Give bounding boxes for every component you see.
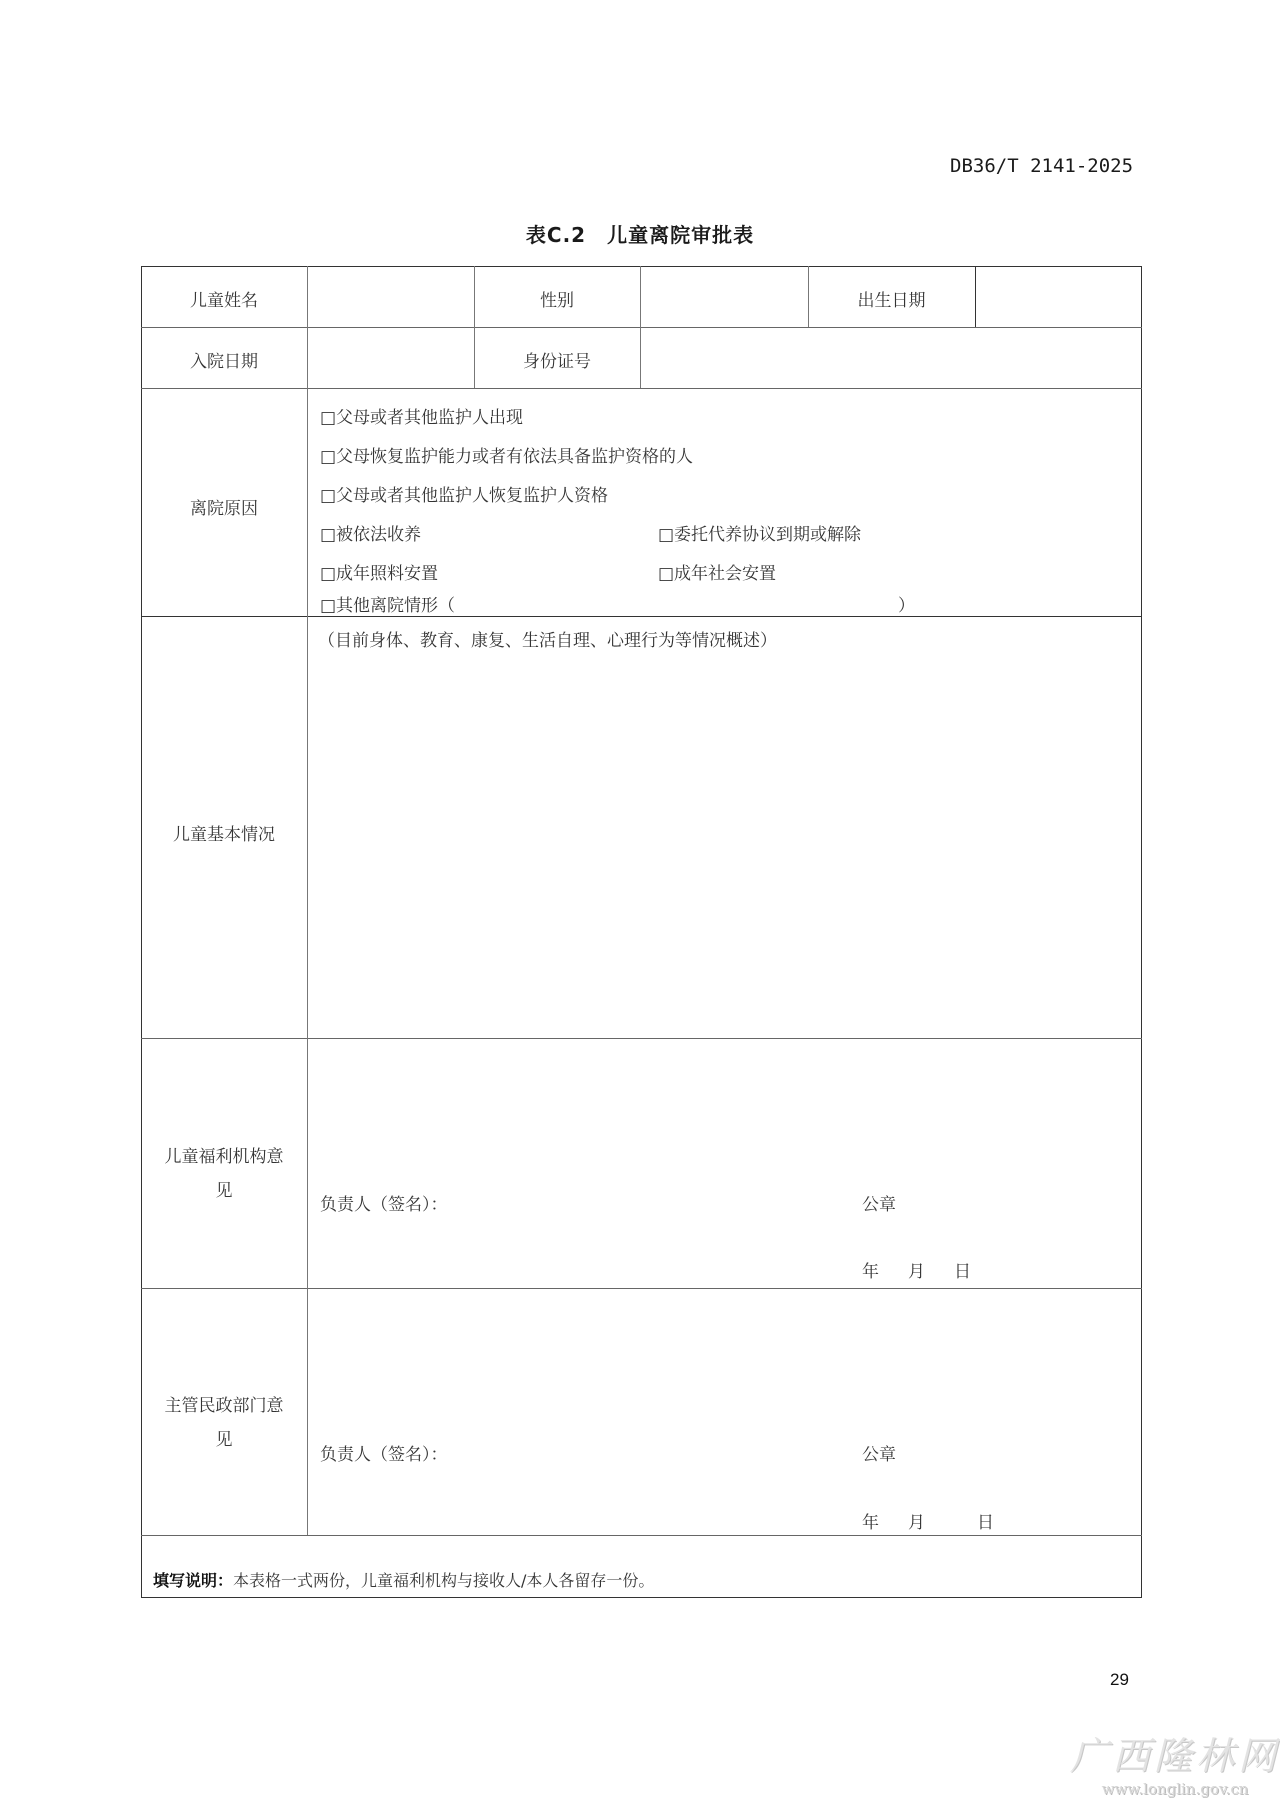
birth-date-label: 出生日期 <box>808 286 975 311</box>
reason-option-guardian-appears[interactable]: □父母或者其他监护人出现 <box>320 403 523 428</box>
welfare-opinion-label: 儿童福利机构意 见 <box>141 1140 307 1208</box>
row-divider <box>141 1535 1142 1536</box>
basic-info-hint: （目前身体、教育、康复、生活自理、心理行为等情况概述） <box>318 626 777 651</box>
welfare-date-label: 年 月 日 <box>862 1257 977 1282</box>
id-number-label: 身份证号 <box>474 347 640 372</box>
watermark-site-name: 广西隆林网 <box>1070 1725 1280 1780</box>
row-divider <box>141 1288 1142 1289</box>
page-number: 29 <box>1110 1670 1129 1690</box>
id-number-field[interactable] <box>641 328 1141 388</box>
watermark: 广西隆林网 www.longlin.gov.cn <box>1070 1725 1280 1798</box>
reason-option-adult-care-placement[interactable]: □成年照料安置 <box>320 559 438 584</box>
civil-affairs-opinion-field[interactable] <box>308 1290 1141 1440</box>
admission-date-field[interactable] <box>308 328 474 388</box>
reason-other-close-paren: ） <box>898 591 915 616</box>
gender-label: 性别 <box>474 286 640 311</box>
fill-instructions: 填写说明：本表格一式两份，儿童福利机构与接收人/本人各留存一份。 <box>153 1568 654 1591</box>
welfare-seal-label: 公章 <box>862 1190 896 1215</box>
child-name-field[interactable] <box>308 267 474 327</box>
civil-affairs-signer-label: 负责人（签名）： <box>320 1440 448 1465</box>
welfare-signer-label: 负责人（签名）： <box>320 1190 448 1215</box>
basic-info-field[interactable] <box>308 650 1141 1036</box>
civil-affairs-opinion-label-line1: 主管民政部门意 <box>141 1389 307 1423</box>
basic-info-label: 儿童基本情况 <box>141 820 307 845</box>
admission-date-label: 入院日期 <box>141 347 307 372</box>
table-title: 表C.2 儿童离院审批表 <box>0 219 1280 248</box>
welfare-opinion-label-line1: 儿童福利机构意 <box>141 1140 307 1174</box>
row-divider <box>141 1038 1142 1039</box>
civil-affairs-opinion-label: 主管民政部门意 见 <box>141 1389 307 1457</box>
welfare-opinion-label-line2: 见 <box>141 1174 307 1208</box>
reason-option-adult-social-placement[interactable]: □成年社会安置 <box>658 559 776 584</box>
child-name-label: 儿童姓名 <box>141 286 307 311</box>
reason-option-parents-restored-capacity[interactable]: □父母恢复监护能力或者有依法具备监护资格的人 <box>320 442 693 467</box>
reason-option-foster-agreement-ended[interactable]: □委托代养协议到期或解除 <box>658 520 861 545</box>
document-code: DB36/T 2141-2025 <box>950 155 1133 177</box>
reason-option-adopted[interactable]: □被依法收养 <box>320 520 421 545</box>
row-divider <box>141 388 1142 389</box>
reason-option-guardian-qualification-restored[interactable]: □父母或者其他监护人恢复监护人资格 <box>320 481 608 506</box>
civil-affairs-opinion-label-line2: 见 <box>141 1423 307 1457</box>
fill-instructions-title: 填写说明： <box>153 1571 233 1590</box>
welfare-opinion-field[interactable] <box>308 1040 1141 1190</box>
gender-field[interactable] <box>641 267 808 327</box>
civil-affairs-date-label: 年 月 日 <box>862 1508 1000 1533</box>
watermark-url: www.longlin.gov.cn <box>1070 1780 1280 1798</box>
civil-affairs-seal-label: 公章 <box>862 1440 896 1465</box>
reason-option-other[interactable]: □其他离院情形（ <box>320 591 455 616</box>
birth-date-field[interactable] <box>976 267 1141 327</box>
row-divider <box>141 616 1142 617</box>
discharge-reason-label: 离院原因 <box>141 494 307 519</box>
fill-instructions-text: 本表格一式两份，儿童福利机构与接收人/本人各留存一份。 <box>233 1571 654 1590</box>
